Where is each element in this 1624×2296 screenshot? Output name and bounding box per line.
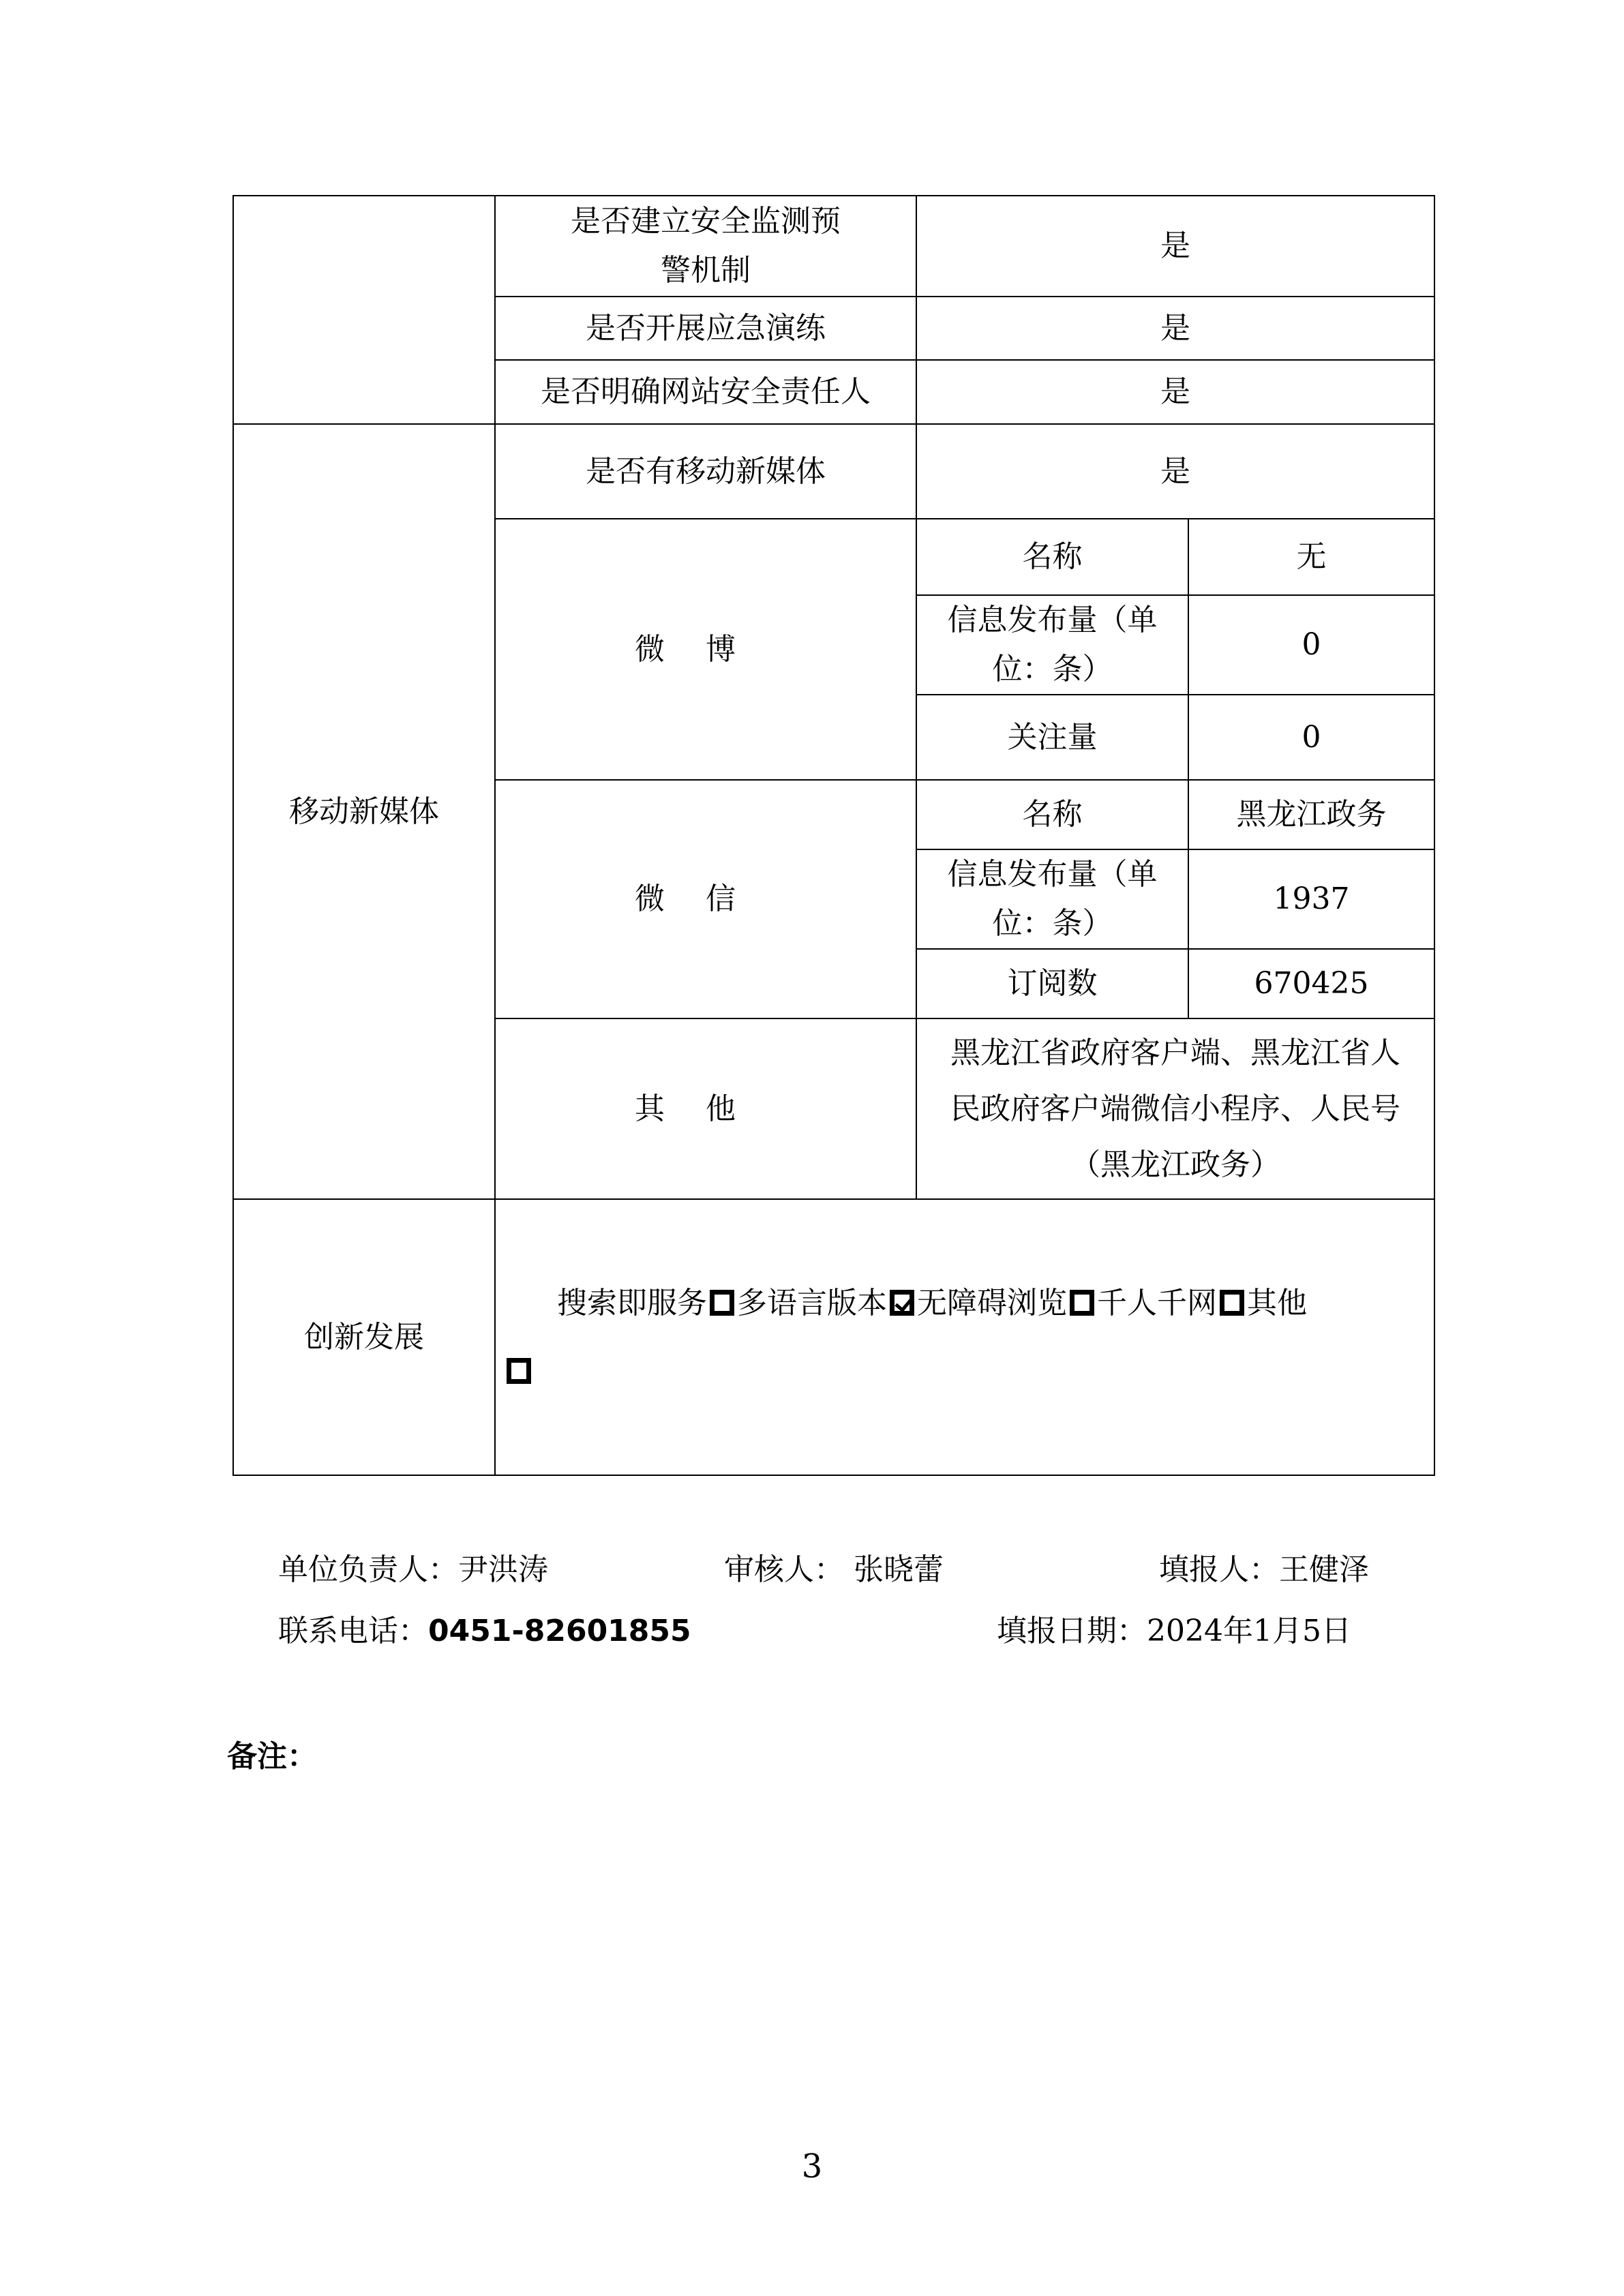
weibo-posts-label: 信息发布量（单位：条） — [916, 595, 1188, 695]
page-number: 3 — [0, 2147, 1624, 2186]
date-label: 填报日期： — [997, 1614, 1147, 1648]
weibo-name-label: 名称 — [916, 519, 1188, 595]
weibo-posts-value: 0 — [1188, 595, 1434, 695]
option-multilingual: 多语言版本 — [737, 1286, 887, 1320]
option-search-service: 搜索即服务 — [557, 1286, 707, 1320]
filler-label: 填报人： — [1159, 1552, 1279, 1587]
security-label: 是否建立安全监测预警机制 — [495, 196, 916, 297]
wechat-label: 微信 — [495, 780, 916, 1018]
checkbox-other[interactable] — [507, 1358, 531, 1384]
innovation-options: 搜索即服务多语言版本无障碍浏览千人千网其他 — [495, 1199, 1434, 1475]
other-label: 其他 — [495, 1018, 916, 1199]
unit-head-label: 单位负责人： — [278, 1552, 458, 1587]
wechat-posts-label: 信息发布量（单位：条） — [916, 849, 1188, 949]
wechat-name-value: 黑龙江政务 — [1188, 780, 1434, 849]
reviewer-label: 审核人： — [724, 1552, 844, 1587]
security-value: 是 — [916, 360, 1434, 424]
phone-value: 0451-82601855 — [428, 1614, 691, 1648]
security-label: 是否开展应急演练 — [495, 297, 916, 360]
weibo-followers-label: 关注量 — [916, 695, 1188, 780]
innovation-label: 创新发展 — [233, 1199, 495, 1475]
mobile-section-label: 移动新媒体 — [233, 424, 495, 1199]
weibo-label: 微博 — [495, 519, 916, 780]
weibo-followers-value: 0 — [1188, 695, 1434, 780]
filler-value: 王健泽 — [1279, 1552, 1369, 1587]
wechat-subscribers-value: 670425 — [1188, 949, 1434, 1018]
phone-label: 联系电话： — [278, 1614, 428, 1648]
reviewer: 审核人： 张晓蕾 — [724, 1545, 944, 1588]
security-section-cell — [233, 196, 495, 424]
unit-head-value: 尹洪涛 — [458, 1552, 548, 1587]
phone: 联系电话：0451-82601855 — [278, 1606, 691, 1650]
wechat-posts-value: 1937 — [1188, 849, 1434, 949]
checkbox-personalized[interactable] — [1220, 1290, 1244, 1316]
checkbox-search-service[interactable] — [710, 1290, 734, 1316]
other-value: 黑龙江省政府客户端、黑龙江省人民政府客户端微信小程序、人民号（黑龙江政务） — [916, 1018, 1434, 1199]
unit-head: 单位负责人：尹洪涛 — [278, 1545, 548, 1588]
wechat-name-label: 名称 — [916, 780, 1188, 849]
wechat-subscribers-label: 订阅数 — [916, 949, 1188, 1018]
date-value: 2024年1月5日 — [1147, 1614, 1351, 1648]
checkbox-accessibility[interactable] — [1070, 1290, 1094, 1316]
checkbox-multilingual[interactable] — [890, 1290, 914, 1316]
security-value: 是 — [916, 297, 1434, 360]
has-mobile-label: 是否有移动新媒体 — [495, 424, 916, 519]
option-other: 其他 — [1247, 1286, 1307, 1320]
security-label: 是否明确网站安全责任人 — [495, 360, 916, 424]
security-value: 是 — [916, 196, 1434, 297]
has-mobile-value: 是 — [916, 424, 1434, 519]
weibo-name-value: 无 — [1188, 519, 1434, 595]
reviewer-value: 张晓蕾 — [854, 1552, 944, 1587]
fill-date: 填报日期：2024年1月5日 — [997, 1606, 1351, 1650]
option-accessibility: 无障碍浏览 — [917, 1286, 1067, 1320]
filler: 填报人：王健泽 — [1159, 1545, 1369, 1588]
option-personalized: 千人千网 — [1097, 1286, 1217, 1320]
remarks-label: 备注： — [227, 1732, 317, 1775]
report-table: 是否建立安全监测预警机制 是 是否开展应急演练 是 是否明确网站安全责任人 是 … — [232, 195, 1435, 1476]
